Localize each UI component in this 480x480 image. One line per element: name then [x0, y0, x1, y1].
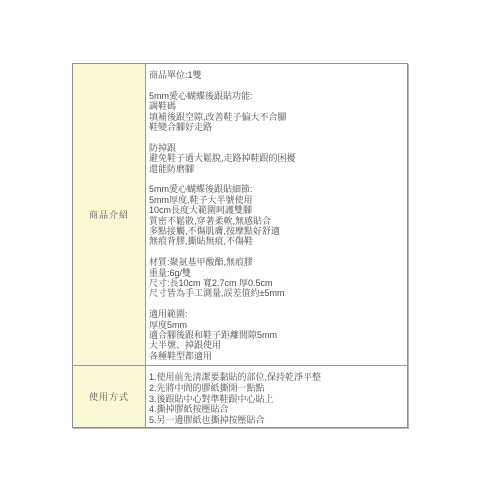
text-line	[149, 174, 403, 184]
text-line: 質密不鬆散,穿著柔軟,無感貼合	[149, 216, 403, 226]
text-line: 避免鞋子過大鬆脫,走路掉鞋跟的困擾	[149, 153, 403, 163]
product-spec-table: 商品介紹 商品單位:1雙5mm愛心蝴蝶後跟貼功能:調鞋碼填補後跟空隙,改善鞋子偏…	[72, 63, 408, 428]
text-line: 大半號、掉跟使用	[149, 340, 403, 350]
row-label-text: 商品介紹	[89, 208, 129, 221]
text-line: 5mm愛心蝴蝶後跟貼功能:	[149, 91, 403, 101]
text-line: 適用範圍:	[149, 309, 403, 319]
text-line: 還能防磨腳	[149, 164, 403, 174]
text-line: 填補後跟空隙,改善鞋子偏大不合腳	[149, 112, 403, 122]
usage-instructions-content: 1.使用前先清潔要黏貼的部位,保持乾淨平整2.先將中間的膠紙撕開一點點3.後跟貼…	[146, 366, 407, 427]
text-line: 尺寸:長10cm 寬2.7cm 厚0.5cm	[149, 278, 403, 288]
product-intro-content: 商品單位:1雙5mm愛心蝴蝶後跟貼功能:調鞋碼填補後跟空隙,改善鞋子偏大不合腳鞋…	[146, 64, 407, 365]
text-line: 2.先將中間的膠紙撕開一點點	[149, 383, 403, 394]
text-line: 無痕背膠,撕貼無痕,不傷鞋	[149, 236, 403, 246]
text-line: 重量:6g/雙	[149, 268, 403, 278]
text-line: 4.撕掉膠紙按壓貼合	[149, 404, 403, 415]
text-line	[149, 299, 403, 309]
text-line: 鞋變合腳好走路	[149, 122, 403, 132]
text-line: 5mm愛心蝴蝶後跟貼細節:	[149, 184, 403, 194]
text-line: 厚度5mm	[149, 320, 403, 330]
text-line: 防掉跟	[149, 143, 403, 153]
text-line	[149, 132, 403, 142]
table-row: 商品介紹 商品單位:1雙5mm愛心蝴蝶後跟貼功能:調鞋碼填補後跟空隙,改善鞋子偏…	[73, 64, 407, 365]
text-line: 適合腳後跟和鞋子距離間隙5mm	[149, 330, 403, 340]
text-line: 1.使用前先清潔要黏貼的部位,保持乾淨平整	[149, 372, 403, 383]
text-line: 材質:聚氨基甲酸酯,無痕膠	[149, 257, 403, 267]
text-line: 調鞋碼	[149, 101, 403, 111]
text-line: 尺寸皆為手工測量,誤差值約±5mm	[149, 288, 403, 298]
text-line: 10cm長度大範圍呵護雙腳	[149, 205, 403, 215]
text-line: 3.後跟貼中心對準鞋跟中心貼上	[149, 394, 403, 405]
text-line: 各種鞋型都適用	[149, 351, 403, 361]
text-line	[149, 80, 403, 90]
table-row: 使用方式 1.使用前先清潔要黏貼的部位,保持乾淨平整2.先將中間的膠紙撕開一點點…	[73, 365, 407, 427]
text-line: 商品單位:1雙	[149, 70, 403, 80]
row-label-text: 使用方式	[89, 390, 129, 403]
text-line: 5.另一邊膠紙也撕掉按壓貼合	[149, 415, 403, 426]
text-line: 5mm厚度,鞋子大半號使用	[149, 195, 403, 205]
row-label-usage: 使用方式	[73, 366, 146, 427]
row-label-product-intro: 商品介紹	[73, 64, 146, 365]
text-line	[149, 247, 403, 257]
text-line: 多點接觸,不傷肌膚,按摩點好舒適	[149, 226, 403, 236]
page: 商品介紹 商品單位:1雙5mm愛心蝴蝶後跟貼功能:調鞋碼填補後跟空隙,改善鞋子偏…	[0, 0, 480, 480]
